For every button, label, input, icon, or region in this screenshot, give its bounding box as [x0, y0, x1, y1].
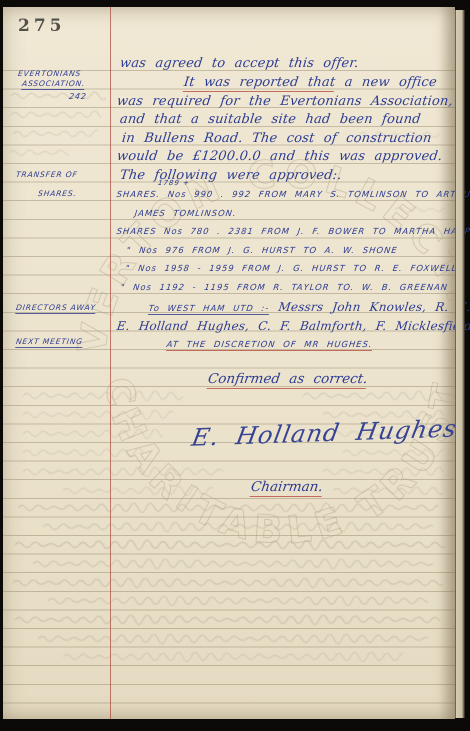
body-line-14-rest: Messrs John Knowles, R. E. Searle,: [269, 300, 470, 314]
body-line-14-underlined: To WEST HAM UTD :-: [148, 303, 270, 315]
margin-reference-number: 242: [68, 92, 87, 101]
body-line-4: and that a suitable site had been found: [119, 113, 422, 127]
body-line-2-underlined: It was reported that: [183, 75, 336, 92]
chairman-title: Chairman.: [250, 479, 324, 495]
shares-superscript-note: 1789 +: [158, 179, 191, 187]
margin-heading-next-meeting-text: NEXT MEETING: [15, 337, 83, 348]
margin-heading-evertonians: EVERTONIANS: [17, 69, 81, 78]
body-line-2-rest: a new office: [334, 75, 437, 90]
body-line-12: " Nos 1958 - 1959 FROM J. G. HURST TO R.…: [125, 263, 462, 274]
page-number-stamp: 275: [18, 16, 66, 36]
body-line-16-underlined: AT THE DISCRETION OF MR HUGHES.: [166, 339, 373, 351]
chairman-title-text: Chairman.: [250, 479, 324, 497]
margin-heading-transfer-of: TRANSFER OF: [15, 170, 78, 179]
confirmation-text: Confirmed as correct.: [207, 371, 369, 389]
body-line-15: E. Holland Hughes, C. F. Balmforth, F. M…: [116, 319, 470, 333]
red-margin-line: [110, 7, 111, 719]
document-page: EVERTON COLLECTION CHARITABLE TRUST 275 …: [3, 7, 455, 719]
margin-heading-directors-away: DIRECTORS AWAY: [15, 303, 96, 312]
margin-heading-directors-away-text: DIRECTORS AWAY: [15, 303, 96, 314]
body-line-16: AT THE DISCRETION OF MR HUGHES.: [166, 339, 373, 350]
binding-shadow: [439, 7, 455, 719]
margin-heading-shares: SHARES.: [37, 189, 77, 198]
margin-heading-association: ASSOCIATION.: [21, 79, 85, 88]
body-line-9: JAMES TOMLINSON.: [134, 208, 237, 219]
body-line-6: would be £1200.0.0 and this was approved…: [116, 150, 443, 164]
body-line-2: It was reported that a new office: [183, 76, 438, 90]
body-line-5: in Bullens Road. The cost of constructio…: [121, 132, 432, 146]
body-line-3: was required for the Evertonians Associa…: [116, 95, 454, 109]
body-line-8: SHARES. Nos 990 . 992 FROM MARY S. TOMLI…: [116, 189, 470, 200]
scanned-minute-book-photo: { "page_number": "275", "colors": { "ink…: [0, 0, 470, 731]
confirmation-line: Confirmed as correct.: [207, 371, 369, 387]
margin-heading-association-text: ASSOCIATION.: [21, 79, 86, 90]
body-line-14: To WEST HAM UTD :- Messrs John Knowles, …: [148, 300, 470, 314]
body-line-10: SHARES Nos 780 . 2381 FROM J. F. BOWER T…: [116, 226, 470, 237]
body-line-7: The following were approved:.: [119, 169, 342, 183]
body-line-11: " Nos 976 FROM J. G. HURST TO A. W. SHON…: [126, 245, 398, 256]
body-line-13: " Nos 1192 - 1195 FROM R. TAYLOR TO. W. …: [120, 282, 449, 293]
adjacent-page-edge: [455, 10, 465, 718]
margin-heading-next-meeting: NEXT MEETING: [15, 337, 83, 346]
body-line-1: was agreed to accept this offer.: [119, 57, 359, 71]
